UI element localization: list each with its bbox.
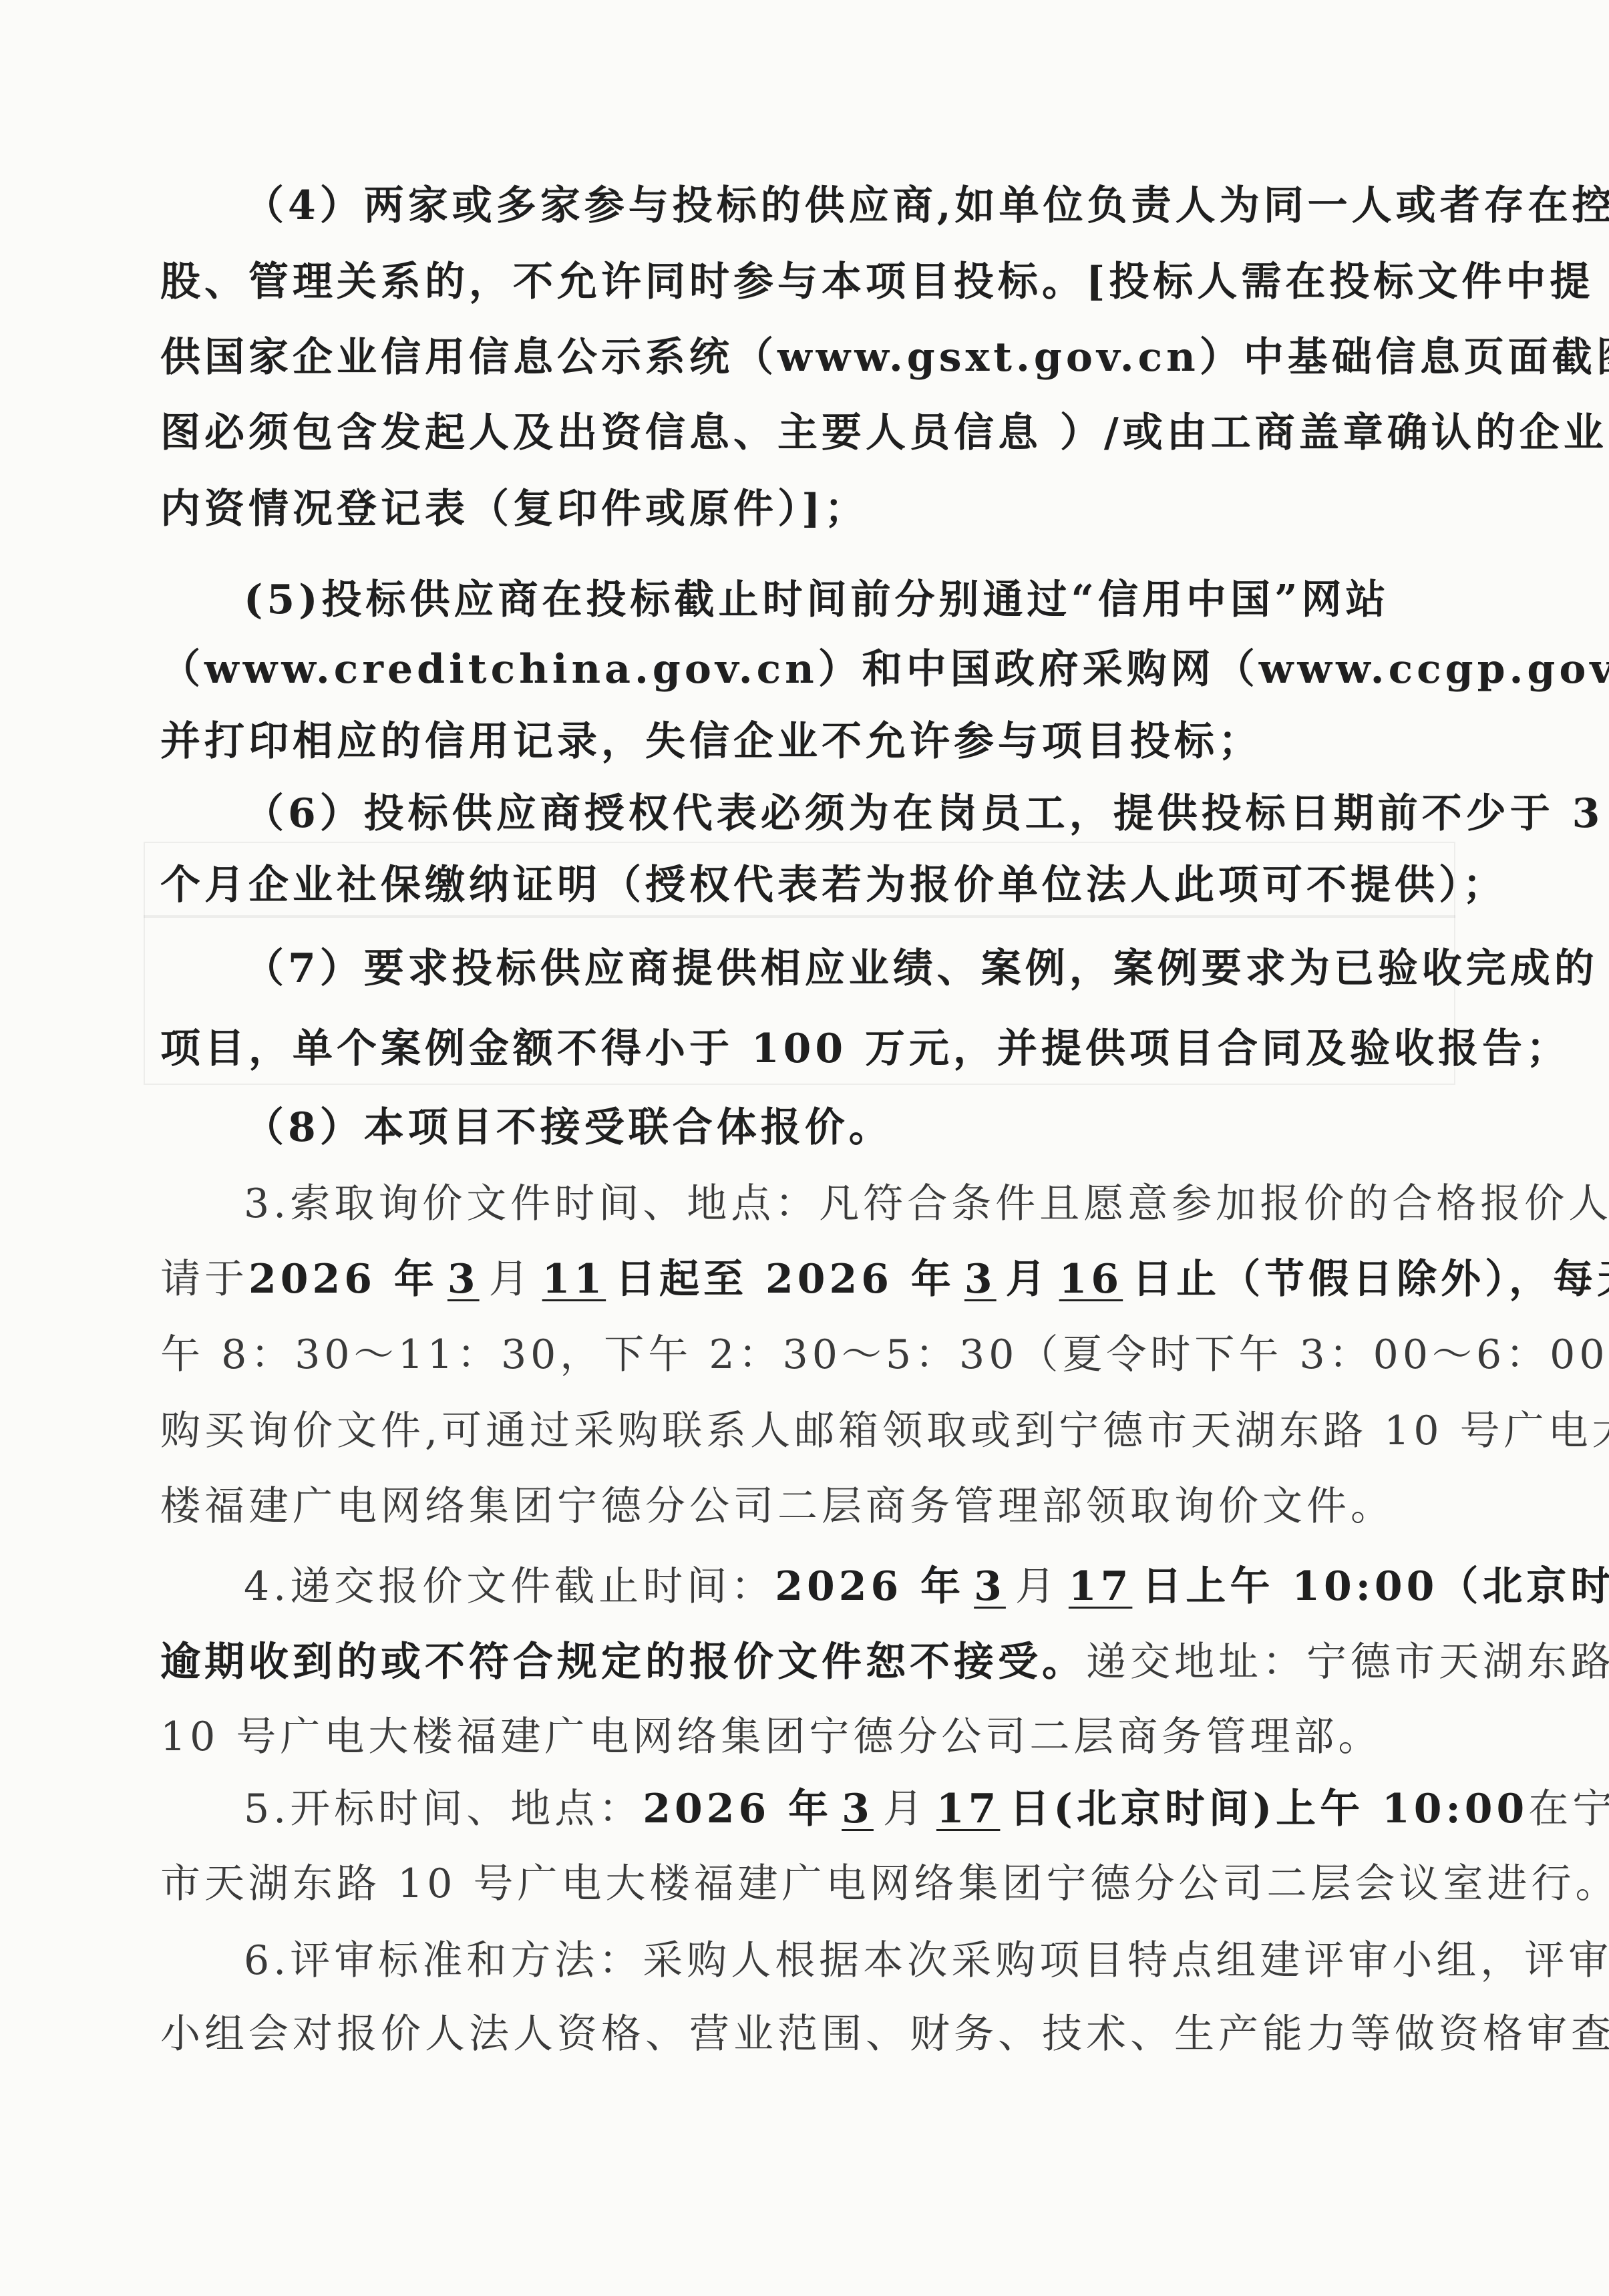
section-5-line-2: 市天湖东路 10 号广电大楼福建广电网络集团宁德分公司二层会议室进行。 <box>160 1857 1463 1911</box>
section-3-line-5: 楼福建广电网络集团宁德分公司二层商务管理部领取询价文件。 <box>160 1480 1463 1533</box>
para-5-line-3: 并打印相应的信用记录，失信企业不允许参与项目投标； <box>160 715 1463 768</box>
section-3-line-4: 购买询价文件,可通过采购联系人邮箱领取或到宁德市天湖东路 10 号广电大 <box>160 1404 1463 1458</box>
s3-day2: 16 <box>1050 1256 1133 1303</box>
para-4-line-2: 股、管理关系的，不允许同时参与本项目投标。[投标人需在投标文件中提 <box>160 255 1463 309</box>
s5-prefix: 5.开标时间、地点： <box>244 1786 643 1832</box>
s4-month: 3 <box>964 1563 1015 1610</box>
para-7-line-1: （7）要求投标供应商提供相应业绩、案例，案例要求为已验收完成的 <box>244 942 1463 995</box>
section-4-line-2: 逾期收到的或不符合规定的报价文件恕不接受。递交地址：宁德市天湖东路 <box>160 1635 1463 1689</box>
document-page: （4）两家或多家参与投标的供应商,如单位负责人为同一人或者存在控 股、管理关系的… <box>0 0 1609 2296</box>
section-5-line-1: 5.开标时间、地点：2026 年3月17日(北京时间)上午 10:00在宁德 <box>244 1782 1463 1836</box>
para-4-line-3: 供国家企业信用信息公示系统（www.gsxt.gov.cn）中基础信息页面截图（… <box>160 331 1463 384</box>
s3-year1: 2026 年 <box>248 1256 438 1303</box>
s5-day: 17 <box>927 1786 1010 1832</box>
s3-month-label1: 月 <box>489 1256 533 1303</box>
show-through-rule <box>144 915 1455 918</box>
s4-prefix: 4.递交报价文件截止时间： <box>244 1563 775 1610</box>
s5-year: 2026 年 <box>643 1786 832 1832</box>
para-7-line-2: 项目，单个案例金额不得小于 100 万元，并提供项目合同及验收报告； <box>160 1022 1463 1076</box>
section-6-line-1: 6.评审标准和方法：采购人根据本次采购项目特点组建评审小组，评审 <box>244 1934 1463 1987</box>
s3-suffix: 日止（节假日除外），每天上 <box>1132 1256 1609 1303</box>
para-5-line-2: （www.creditchina.gov.cn）和中国政府采购网（www.ccg… <box>160 643 1463 696</box>
s4-year: 2026 年 <box>775 1563 964 1610</box>
para-8-line-1: （8）本项目不接受联合体报价。 <box>244 1101 1463 1154</box>
s3-month-label2: 月 <box>1006 1256 1050 1303</box>
s4-day: 17 <box>1059 1563 1142 1610</box>
s5-month-label: 月 <box>883 1786 927 1832</box>
section-3-line-1: 3.索取询价文件时间、地点：凡符合条件且愿意参加报价的合格报价人 <box>244 1177 1463 1231</box>
para-6-line-1: （6）投标供应商授权代表必须为在岗员工，提供投标日期前不少于 3 <box>244 787 1463 840</box>
s3-mid: 日起至 2026 年 <box>615 1256 955 1303</box>
para-4-line-4: 图必须包含发起人及出资信息、主要人员信息 ）/或由工商盖章确认的企业 <box>160 406 1463 460</box>
s4-suffix: 日上午 10:00（北京时间）， <box>1141 1563 1609 1610</box>
para-6-line-2: 个月企业社保缴纳证明（授权代表若为报价单位法人此项可不提供）； <box>160 858 1463 912</box>
section-3-line-2: 请于2026 年3月11日起至 2026 年3月16日止（节假日除外），每天上 <box>160 1253 1463 1306</box>
section-4-line-1: 4.递交报价文件截止时间：2026 年3月17日上午 10:00（北京时间）， <box>244 1560 1463 1613</box>
para-4-line-1: （4）两家或多家参与投标的供应商,如单位负责人为同一人或者存在控 <box>244 179 1463 232</box>
section-4-line-3: 10 号广电大楼福建广电网络集团宁德分公司二层商务管理部。 <box>160 1710 1463 1764</box>
s4-month-label: 月 <box>1015 1563 1059 1610</box>
para-5-line-1: (5)投标供应商在投标截止时间前分别通过“信用中国”网站 <box>244 573 1463 627</box>
section-3-line-3: 午 8：30～11：30，下午 2：30～5：30（夏令时下午 3：00～6：0… <box>160 1328 1463 1381</box>
s5-month: 3 <box>832 1786 883 1832</box>
s3-prefix: 请于 <box>160 1256 248 1303</box>
s3-day1: 11 <box>533 1256 616 1303</box>
s5-suffix: 日(北京时间)上午 10:00 <box>1009 1786 1528 1832</box>
s3-month2: 3 <box>955 1256 1006 1303</box>
para-4-line-5: 内资情况登记表（复印件或原件）]； <box>160 482 1463 536</box>
s5-tail: 在宁德 <box>1528 1786 1609 1832</box>
section-6-line-2: 小组会对报价人法人资格、营业范围、财务、技术、生产能力等做资格审查， <box>160 2007 1463 2061</box>
s4-address-label: 递交地址：宁德市天湖东路 <box>1086 1639 1609 1685</box>
s4-late-notice: 逾期收到的或不符合规定的报价文件恕不接受。 <box>160 1639 1086 1685</box>
s3-month1: 3 <box>438 1256 489 1303</box>
